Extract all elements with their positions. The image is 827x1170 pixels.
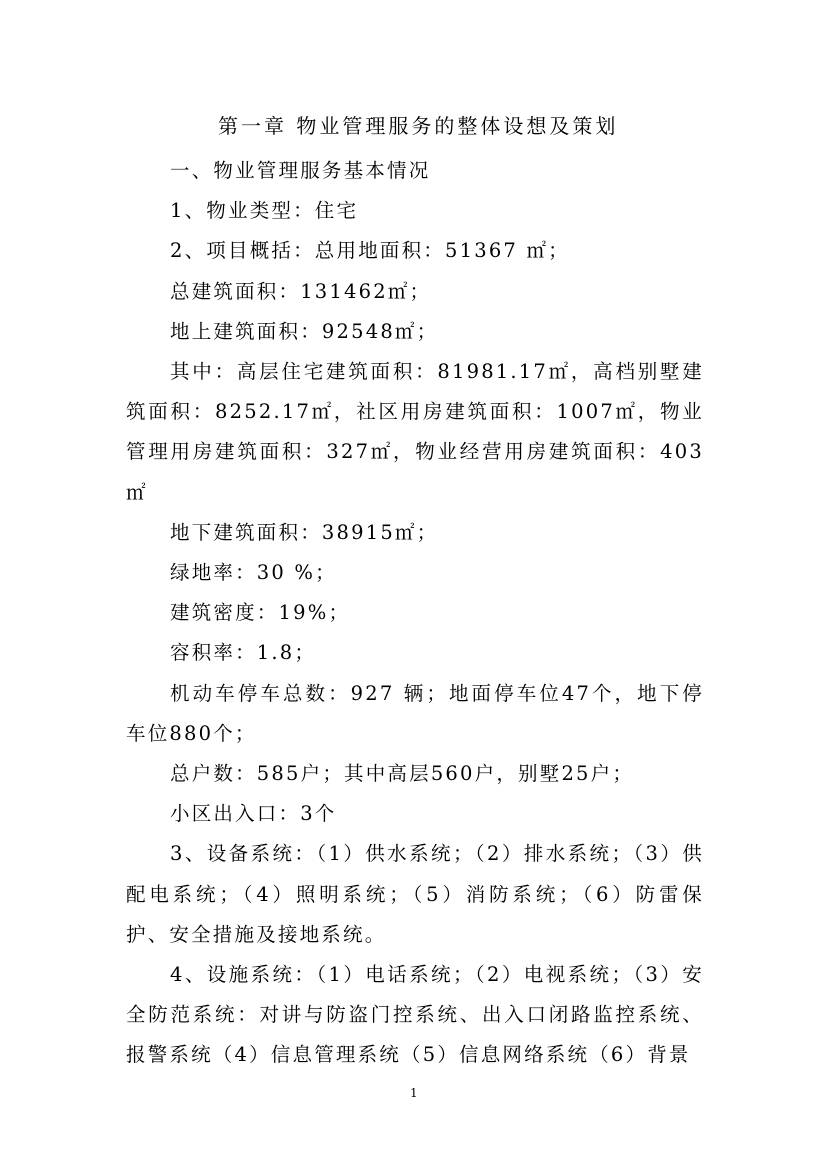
- paragraph-plot-ratio: 容积率：1.8；: [126, 633, 704, 673]
- paragraph-entrances: 小区出入口：3个: [126, 794, 704, 834]
- paragraph-above-ground-area: 地上建筑面积：92548㎡；: [126, 312, 704, 352]
- paragraph-equipment-systems: 3、设备系统：（1）供水系统；（2）排水系统；（3）供配电系统；（4）照明系统；…: [126, 834, 704, 955]
- paragraph-total-building-area: 总建筑面积：131462㎡；: [126, 272, 704, 312]
- paragraph-households: 总户数：585户；其中高层560户，别墅25户；: [126, 754, 704, 794]
- paragraph-green-rate: 绿地率：30 %；: [126, 553, 704, 593]
- document-body: 一、物业管理服务基本情况 1、物业类型：住宅 2、项目概括：总用地面积：5136…: [126, 151, 704, 1076]
- section-heading: 一、物业管理服务基本情况: [126, 151, 704, 191]
- paragraph-property-type: 1、物业类型：住宅: [126, 191, 704, 231]
- page-number: 1: [410, 1086, 418, 1100]
- paragraph-facility-systems: 4、设施系统：（1）电话系统；（2）电视系统；（3）安全防范系统：对讲与防盗门控…: [126, 955, 704, 1076]
- paragraph-land-area: 2、项目概括：总用地面积：51367 ㎡；: [126, 231, 704, 271]
- paragraph-parking: 机动车停车总数：927 辆；地面停车位47个，地下停车位880个；: [126, 674, 704, 754]
- paragraph-area-breakdown: 其中：高层住宅建筑面积：81981.17㎡，高档别墅建筑面积：8252.17㎡，…: [126, 352, 704, 513]
- chapter-title: 第一章 物业管理服务的整体设想及策划: [218, 110, 638, 139]
- paragraph-building-density: 建筑密度：19%；: [126, 593, 704, 633]
- paragraph-underground-area: 地下建筑面积：38915㎡；: [126, 513, 704, 553]
